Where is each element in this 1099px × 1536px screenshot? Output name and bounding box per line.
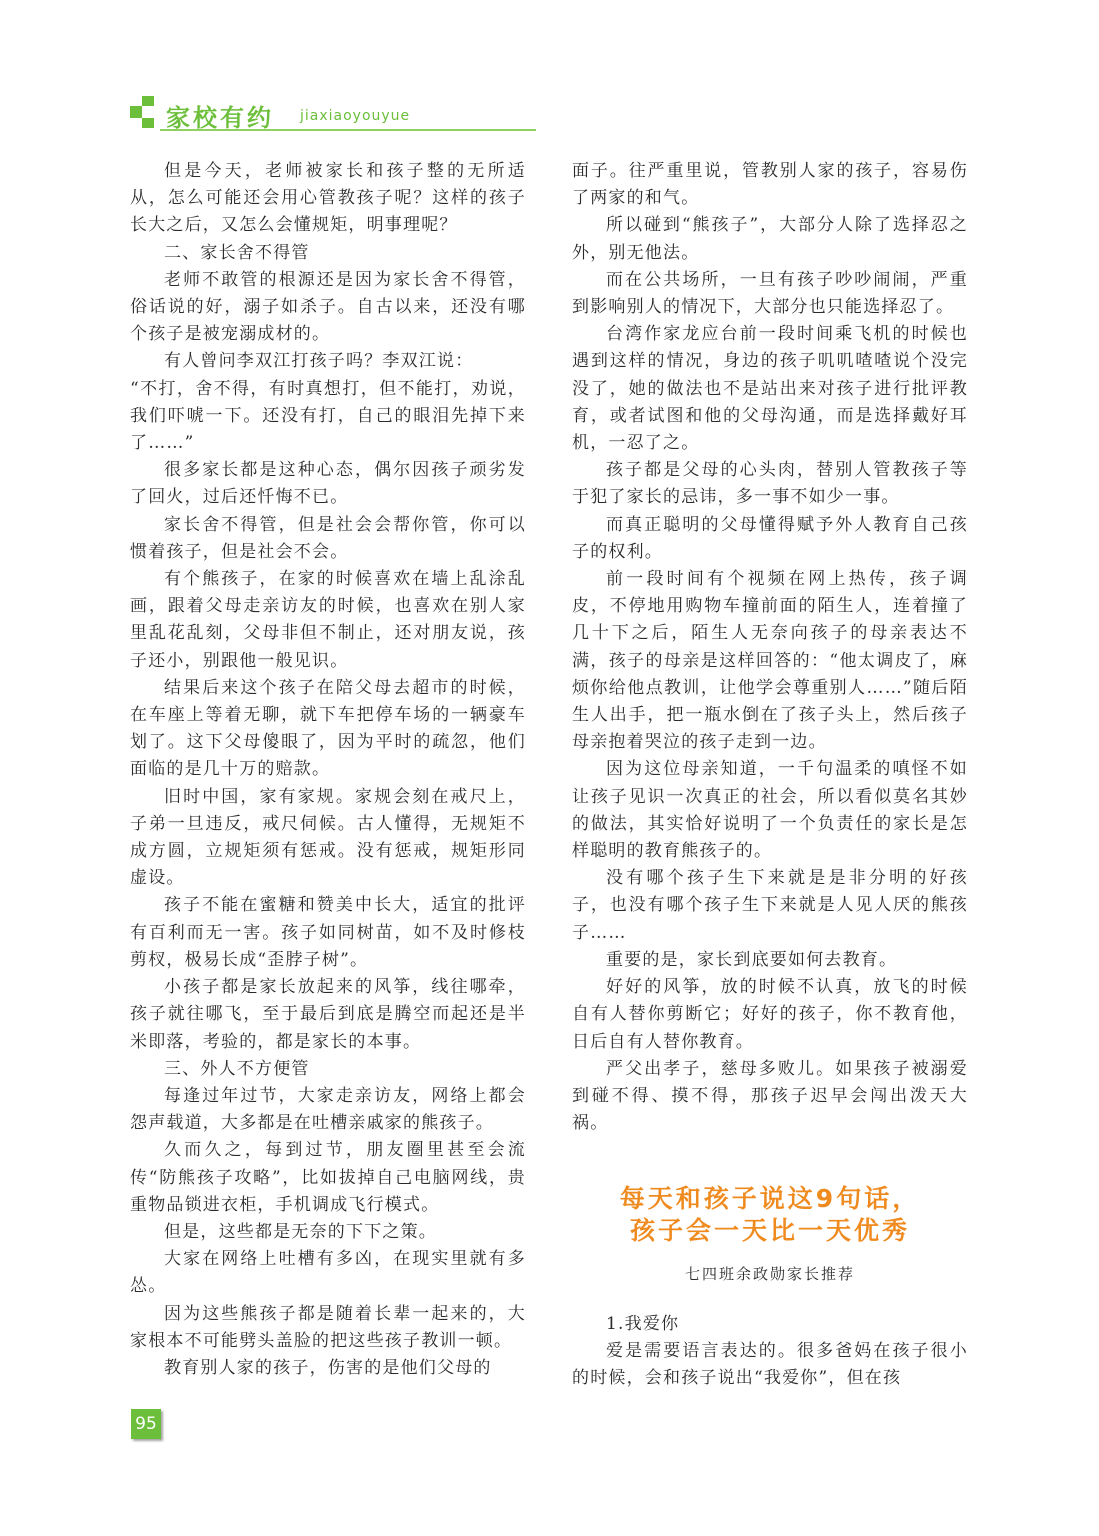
paragraph: 每逢过年过节，大家走亲访友，网络上都会怨声载道，大多都是在吐槽亲戚家的熊孩子。 bbox=[130, 1083, 526, 1137]
paragraph: 面子。往严重里说，管教别人家的孩子，容易伤了两家的和气。 bbox=[572, 158, 968, 212]
paragraph: 因为这位母亲知道，一千句温柔的嗔怪不如让孩子见识一次真正的社会，所以看似莫名其妙… bbox=[572, 756, 968, 865]
byline: 七四班余政勋家长推荐 bbox=[572, 1261, 968, 1288]
paragraph: 所以碰到“熊孩子”，大部分人除了选择忍之外，别无他法。 bbox=[572, 212, 968, 266]
paragraph: 台湾作家龙应台前一段时间乘飞机的时候也遇到这样的情况，身边的孩子叽叽喳喳说个没完… bbox=[572, 321, 968, 457]
page-number: 95 bbox=[131, 1409, 161, 1439]
right-column: 面子。往严重里说，管教别人家的孩子，容易伤了两家的和气。 所以碰到“熊孩子”，大… bbox=[572, 158, 968, 1392]
paragraph: 结果后来这个孩子在陪父母去超市的时候，在车座上等着无聊，就下车把停车场的一辆豪车… bbox=[130, 675, 526, 784]
section-heading: 二、家长舍不得管 bbox=[130, 240, 526, 267]
paragraph: 但是今天，老师被家长和孩子整的无所适从，怎么可能还会用心管教孩子呢？这样的孩子长… bbox=[130, 158, 526, 240]
sub-article: 每天和孩子说这9句话， 孩子会一天比一天优秀 七四班余政勋家长推荐 1.我爱你 … bbox=[572, 1183, 968, 1392]
section-title: 家校有约 bbox=[166, 98, 274, 133]
paragraph: 教育别人家的孩子，伤害的是他们父母的 bbox=[130, 1355, 526, 1382]
header-divider bbox=[160, 129, 536, 131]
paragraph: 老师不敢管的根源还是因为家长舍不得管，俗话说的好，溺子如杀子。自古以来，还没有哪… bbox=[130, 267, 526, 349]
paragraph: 前一段时间有个视频在网上热传，孩子调皮，不停地用购物车撞前面的陌生人，连着撞了几… bbox=[572, 566, 968, 756]
paragraph: 小孩子都是家长放起来的风筝，线往哪牵，孩子就往哪飞，至于最后到底是腾空而起还是半… bbox=[130, 974, 526, 1056]
paragraph: 久而久之，每到过节，朋友圈里甚至会流传“防熊孩子攻略”，比如拔掉自己电脑网线，贵… bbox=[130, 1137, 526, 1219]
paragraph: 重要的是，家长到底要如何去教育。 bbox=[572, 947, 968, 974]
sub-article-title: 每天和孩子说这9句话， 孩子会一天比一天优秀 bbox=[572, 1183, 968, 1247]
paragraph: 孩子不能在蜜糖和赞美中长大，适宜的批评有百利而无一害。孩子如同树苗，如不及时修枝… bbox=[130, 892, 526, 974]
title-line-1: 每天和孩子说这9句话， bbox=[572, 1183, 968, 1215]
paragraph: 而真正聪明的父母懂得赋予外人教育自己孩子的权利。 bbox=[572, 512, 968, 566]
left-column: 但是今天，老师被家长和孩子整的无所适从，怎么可能还会用心管教孩子呢？这样的孩子长… bbox=[130, 158, 526, 1382]
paragraph: 有个熊孩子，在家的时候喜欢在墙上乱涂乱画，跟着父母走亲访友的时候，也喜欢在别人家… bbox=[130, 566, 526, 675]
paragraph: 孩子都是父母的心头肉，替别人管教孩子等于犯了家长的忌讳，多一事不如少一事。 bbox=[572, 457, 968, 511]
paragraph: 严父出孝子，慈母多败儿。如果孩子被溺爱到碰不得、摸不得，那孩子迟早会闯出泼天大祸… bbox=[572, 1056, 968, 1138]
paragraph: 旧时中国，家有家规。家规会刻在戒尺上，子弟一旦违反，戒尺伺候。古人懂得，无规矩不… bbox=[130, 784, 526, 893]
section-header: 家校有约 jiaxiaoyouyue bbox=[130, 96, 540, 132]
paragraph: 大家在网络上吐槽有多凶，在现实里就有多怂。 bbox=[130, 1246, 526, 1300]
paragraph: 有人曾问李双江打孩子吗？李双江说： bbox=[130, 348, 526, 375]
paragraph: 爱是需要语言表达的。很多爸妈在孩子很小的时候，会和孩子说出“我爱你”，但在孩 bbox=[572, 1338, 968, 1392]
quote-paragraph: “不打，舍不得，有时真想打，但不能打，劝说，我们吓唬一下。还没有打，自己的眼泪先… bbox=[130, 376, 526, 458]
paragraph: 而在公共场所，一旦有孩子吵吵闹闹，严重到影响别人的情况下，大部分也只能选择忍了。 bbox=[572, 267, 968, 321]
title-line-2: 孩子会一天比一天优秀 bbox=[572, 1215, 968, 1247]
list-heading: 1.我爱你 bbox=[572, 1311, 968, 1338]
paragraph: 没有哪个孩子生下来就是是非分明的好孩子，也没有哪个孩子生下来就是人见人厌的熊孩子… bbox=[572, 865, 968, 947]
section-subtitle: jiaxiaoyouyue bbox=[300, 108, 410, 124]
paragraph: 家长舍不得管，但是社会会帮你管，你可以惯着孩子，但是社会不会。 bbox=[130, 512, 526, 566]
paragraph: 但是，这些都是无奈的下下之策。 bbox=[130, 1219, 526, 1246]
paragraph: 很多家长都是这种心态，偶尔因孩子顽劣发了回火，过后还忏悔不已。 bbox=[130, 457, 526, 511]
paragraph: 好好的风筝，放的时候不认真，放飞的时候自有人替你剪断它；好好的孩子，你不教育他，… bbox=[572, 974, 968, 1056]
section-heading: 三、外人不方便管 bbox=[130, 1056, 526, 1083]
sub-article-body: 1.我爱你 爱是需要语言表达的。很多爸妈在孩子很小的时候，会和孩子说出“我爱你”… bbox=[572, 1311, 968, 1393]
paragraph: 因为这些熊孩子都是随着长辈一起来的，大家根本不可能劈头盖脸的把这些孩子教训一顿。 bbox=[130, 1301, 526, 1355]
plus-logo-icon bbox=[130, 96, 160, 130]
